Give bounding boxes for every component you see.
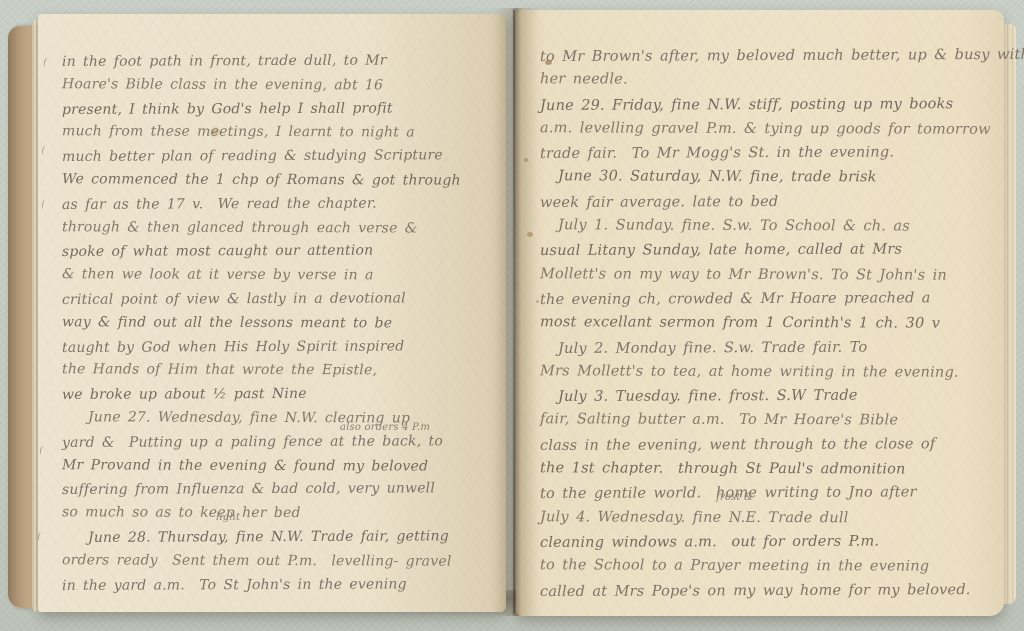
handwritten-line: July 2. Monday fine. S.w. Trade fair. To [558,335,994,361]
handwritten-line: We commenced the 1 chp of Romans & got t… [62,168,492,193]
handwritten-line: July 1. Sunday. fine. S.w. To School & c… [558,213,994,239]
diary-right-page: to Mr Brown's after, my beloved much bet… [516,10,1004,616]
handwritten-line: class in the evening, went through to th… [540,432,994,458]
handwritten-line: called at Mrs Pope's on my way home for … [540,578,994,604]
handwritten-line: to the gentile world. home writing to Jn… [540,480,994,506]
handwritten-line: so much so as to keep her bed [62,501,492,526]
diary-photograph: in the foot path in front, trade dull, t… [0,0,1024,631]
handwritten-line: Hoare's Bible class in the evening, abt … [62,73,492,98]
handwritten-line: trade fair. To Mr Mogg's St. in the even… [540,140,994,166]
interlinear-note: also orders 4 P.m [340,422,430,433]
handwritten-line: the 1st chapter. through St Paul's admon… [540,456,994,482]
handwritten-line: her needle. [540,68,994,94]
handwritten-line: the evening ch, crowded & Mr Hoare preac… [540,286,994,312]
handwritten-line: Mr Provand in the evening & found my bel… [62,454,492,479]
right-page-handwriting: to Mr Brown's after, my beloved much bet… [516,10,1004,616]
handwritten-line: June 29. Friday, fine N.W. stiff, postin… [540,92,994,118]
diary-left-page: in the foot path in front, trade dull, t… [38,14,506,612]
handwritten-line: July 3. Tuesday. fine. frost. S.W Trade [558,383,994,409]
handwritten-line: present, I think by God's help I shall p… [62,97,492,123]
handwritten-line: the Hands of Him that wrote the Epistle, [62,359,492,384]
handwritten-line: critical point of view & lastly in a dev… [62,287,492,313]
handwritten-line: fair, Salting butter a.m. To Mr Hoare's … [540,408,994,434]
handwritten-line: suffering from Influenza & bad cold, ver… [62,477,492,503]
handwritten-line: June 28. Thursday, fine N.W. Trade fair,… [88,525,492,551]
handwritten-line: to Mr Brown's after, my beloved much bet… [540,43,994,69]
handwritten-line: we broke up about ½ past Nine [62,382,492,408]
handwritten-line: taught by God when His Holy Spirit inspi… [62,335,492,361]
handwritten-line: cleaning windows a.m. out for orders P.m… [540,529,994,555]
left-page-handwriting: in the foot path in front, trade dull, t… [38,14,506,612]
handwritten-line: much better plan of reading & studying S… [62,144,492,170]
handwritten-line: much from these meetings, I learnt to ni… [62,121,492,146]
handwritten-line: July 4. Wednesday. fine N.E. Trade dull [540,505,994,531]
handwritten-line: a.m. levelling gravel P.m. & tying up go… [540,116,994,142]
handwritten-line: June 27. Wednesday, fine N.W. clearing u… [88,406,492,431]
handwritten-line: usual Litany Sunday, late home, called a… [540,237,994,263]
handwritten-line: way & find out all the lessons meant to … [62,311,492,336]
binding-seam [513,10,515,614]
handwritten-line: June 30. Saturday, N.W. fine, trade bris… [558,165,994,191]
handwritten-line: spoke of what most caught our attention [62,239,492,265]
handwritten-line: in the foot path in front, trade dull, t… [62,49,492,75]
handwritten-line: & then we look at it verse by verse in a [62,263,492,288]
interlinear-note: light [216,512,240,523]
handwritten-line: Mrs Mollett's to tea, at home writing in… [540,359,994,385]
handwritten-line: most excellant sermon from 1 Corinth's 1… [540,310,994,336]
handwritten-line: week fair average. late to bed [540,189,994,215]
handwritten-line: in the yard a.m. To St John's in the eve… [62,573,492,599]
handwritten-line: orders ready Sent them out P.m. levellin… [62,549,492,574]
handwritten-line: yard & Putting up a paling fence at the … [62,430,492,456]
handwritten-line: as far as the 17 v. We read the chapter. [62,192,492,218]
paper-stain [208,126,222,138]
handwritten-line: to the School to a Prayer meeting in the… [540,553,994,579]
handwritten-line: through & then glanced through each vers… [62,216,492,241]
interlinear-note: frost & [716,492,753,503]
handwritten-line: Mollett's on my way to Mr Brown's. To St… [540,262,994,288]
